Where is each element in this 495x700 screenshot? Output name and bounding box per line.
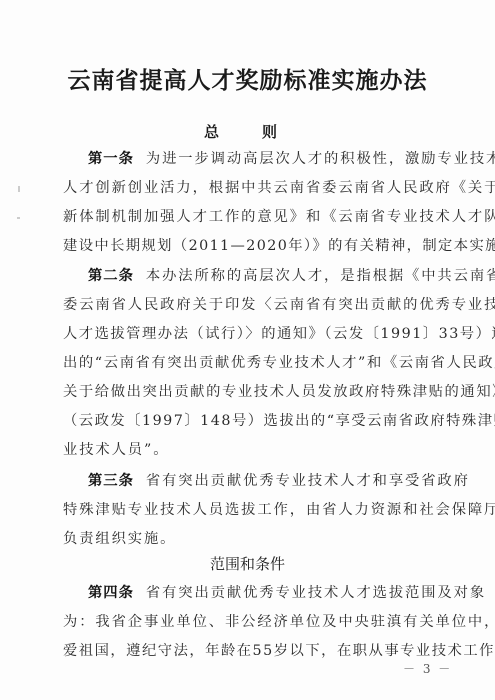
- scan-artifact: [18, 186, 20, 192]
- scan-artifact: [17, 217, 20, 219]
- article-1-line-4: 建设中长期规划（2011—2020年）》的有关精神，制定本实施办法。: [63, 235, 463, 255]
- article-label: 第四条: [88, 585, 134, 601]
- article-1-line-3: 新体制机制加强人才工作的意见》和《云南省专业技术人才队伍: [63, 206, 463, 226]
- article-3-line-3: 负责组织实施。: [63, 528, 463, 548]
- page-number: － 3 －: [403, 660, 452, 677]
- article-2-line-7: 业技术人员”。: [63, 439, 463, 459]
- document-page: 云南省提高人才奖励标准实施办法 总 则 第一条为进一步调动高层次人才的积极性，激…: [0, 0, 495, 700]
- article-2-line-5: 关于给做出突出贡献的专业技术人员发放政府特殊津贴的通知》: [63, 381, 463, 401]
- article-2-line-3: 人才选拔管理办法（试行）〉的通知》（云发〔1991〕33号）选拔: [63, 323, 463, 343]
- article-4-line-3: 爱祖国，遵纪守法，年龄在55岁以下，在职从事专业技术工作，: [63, 640, 463, 660]
- article-2-line-6: （云政发〔1997〕148号）选拔出的“享受云南省政府特殊津贴专: [63, 410, 463, 430]
- article-3-line-2: 特殊津贴专业技术人员选拔工作，由省人力资源和社会保障厅: [63, 499, 463, 519]
- section-heading-scope: 范围和条件: [0, 553, 495, 574]
- article-4-line-2: 为：我省企事业单位、非公经济单位及中央驻滇有关单位中，热: [63, 611, 463, 631]
- article-1-line-1: 第一条为进一步调动高层次人才的积极性，激励专业技术: [88, 148, 488, 168]
- article-4-line-1: 第四条省有突出贡献优秀专业技术人才选拔范围及对象: [88, 582, 488, 602]
- article-3-line-1: 第三条省有突出贡献优秀专业技术人才和享受省政府: [88, 470, 488, 490]
- article-label: 第三条: [88, 473, 134, 489]
- article-2-line-2: 委云南省人民政府关于印发〈云南省有突出贡献的优秀专业技术: [63, 294, 463, 314]
- article-2-line-1: 第二条本办法所称的高层次人才，是指根据《中共云南省: [88, 265, 488, 285]
- article-2-line-4: 出的“云南省有突出贡献优秀专业技术人才”和《云南省人民政府: [63, 352, 463, 372]
- article-label: 第一条: [88, 151, 134, 167]
- document-title: 云南省提高人才奖励标准实施办法: [0, 62, 495, 95]
- article-1-line-2: 人才创新创业活力，根据中共云南省委云南省人民政府《关于创: [63, 177, 463, 197]
- section-heading-general: 总 则: [0, 121, 495, 142]
- article-label: 第二条: [88, 268, 134, 284]
